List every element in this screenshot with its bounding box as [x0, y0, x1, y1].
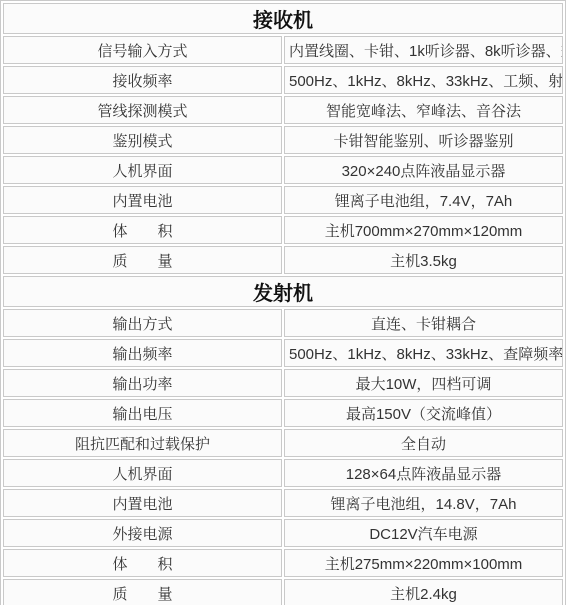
table-row: 阻抗匹配和过载保护 全自动 — [3, 429, 563, 457]
spec-label: 外接电源 — [3, 519, 282, 547]
table-row: 质 量 主机2.4kg — [3, 579, 563, 605]
spec-label: 输出功率 — [3, 369, 282, 397]
spec-value: 卡钳智能鉴别、听诊器鉴别 — [284, 126, 563, 154]
section-header-row-transmitter: 发射机 — [3, 276, 563, 307]
table-row: 内置电池 锂离子电池组，14.8V，7Ah — [3, 489, 563, 517]
spec-label: 人机界面 — [3, 459, 282, 487]
spec-label: 输出频率 — [3, 339, 282, 367]
table-row: 体 积 主机275mm×220mm×100mm — [3, 549, 563, 577]
spec-value: 主机2.4kg — [284, 579, 563, 605]
spec-label: 内置电池 — [3, 186, 282, 214]
spec-label: 质 量 — [3, 246, 282, 274]
spec-label: 体 积 — [3, 549, 282, 577]
section-header-transmitter: 发射机 — [3, 276, 563, 307]
spec-label: 管线探测模式 — [3, 96, 282, 124]
spec-label: 质 量 — [3, 579, 282, 605]
spec-value: 500Hz、1kHz、8kHz、33kHz、工频、射频、查障频率 — [284, 66, 563, 94]
table-row: 体 积 主机700mm×270mm×120mm — [3, 216, 563, 244]
table-row: 外接电源 DC12V汽车电源 — [3, 519, 563, 547]
spec-value: 最高150V（交流峰值） — [284, 399, 563, 427]
table-row: 鉴别模式 卡钳智能鉴别、听诊器鉴别 — [3, 126, 563, 154]
spec-value: 500Hz、1kHz、8kHz、33kHz、查障频率 — [284, 339, 563, 367]
spec-page: 接收机 信号输入方式 内置线圈、卡钳、1k听诊器、8k听诊器、查障A字架 接收频… — [0, 0, 566, 605]
spec-value: 最大10W，四档可调 — [284, 369, 563, 397]
spec-label: 人机界面 — [3, 156, 282, 184]
section-header-receiver: 接收机 — [3, 3, 563, 34]
spec-label: 鉴别模式 — [3, 126, 282, 154]
table-row: 内置电池 锂离子电池组，7.4V，7Ah — [3, 186, 563, 214]
table-row: 输出功率 最大10W，四档可调 — [3, 369, 563, 397]
table-row: 输出电压 最高150V（交流峰值） — [3, 399, 563, 427]
table-row: 输出频率 500Hz、1kHz、8kHz、33kHz、查障频率 — [3, 339, 563, 367]
spec-value: 锂离子电池组，14.8V，7Ah — [284, 489, 563, 517]
spec-value: 全自动 — [284, 429, 563, 457]
section-header-row-receiver: 接收机 — [3, 3, 563, 34]
spec-value: 主机700mm×270mm×120mm — [284, 216, 563, 244]
spec-value: 直连、卡钳耦合 — [284, 309, 563, 337]
spec-value: 锂离子电池组，7.4V，7Ah — [284, 186, 563, 214]
table-row: 输出方式 直连、卡钳耦合 — [3, 309, 563, 337]
table-row: 人机界面 128×64点阵液晶显示器 — [3, 459, 563, 487]
spec-value: 智能宽峰法、窄峰法、音谷法 — [284, 96, 563, 124]
spec-label: 体 积 — [3, 216, 282, 244]
spec-value: 主机3.5kg — [284, 246, 563, 274]
spec-label: 内置电池 — [3, 489, 282, 517]
spec-table: 接收机 信号输入方式 内置线圈、卡钳、1k听诊器、8k听诊器、查障A字架 接收频… — [0, 0, 566, 605]
spec-value: 内置线圈、卡钳、1k听诊器、8k听诊器、查障A字架 — [284, 36, 563, 64]
spec-label: 输出方式 — [3, 309, 282, 337]
spec-value: 320×240点阵液晶显示器 — [284, 156, 563, 184]
spec-label: 接收频率 — [3, 66, 282, 94]
spec-label: 输出电压 — [3, 399, 282, 427]
spec-value: 128×64点阵液晶显示器 — [284, 459, 563, 487]
table-row: 管线探测模式 智能宽峰法、窄峰法、音谷法 — [3, 96, 563, 124]
spec-value: DC12V汽车电源 — [284, 519, 563, 547]
table-row: 信号输入方式 内置线圈、卡钳、1k听诊器、8k听诊器、查障A字架 — [3, 36, 563, 64]
spec-label: 阻抗匹配和过载保护 — [3, 429, 282, 457]
table-row: 接收频率 500Hz、1kHz、8kHz、33kHz、工频、射频、查障频率 — [3, 66, 563, 94]
spec-value: 主机275mm×220mm×100mm — [284, 549, 563, 577]
table-row: 质 量 主机3.5kg — [3, 246, 563, 274]
table-row: 人机界面 320×240点阵液晶显示器 — [3, 156, 563, 184]
spec-label: 信号输入方式 — [3, 36, 282, 64]
